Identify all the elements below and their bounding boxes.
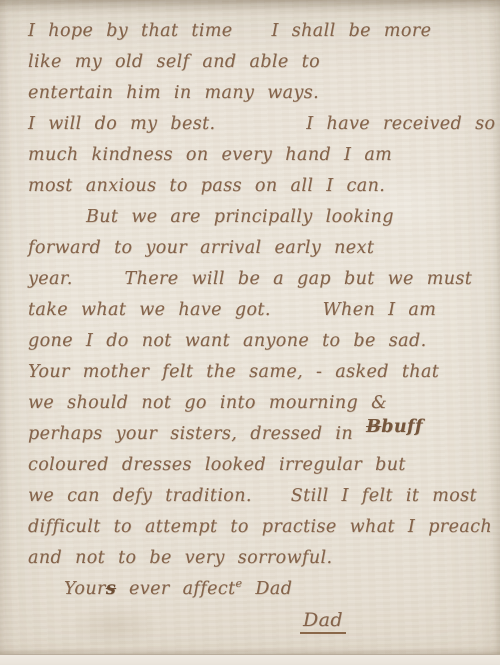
signature-line: Dad [300,605,488,636]
handwritten-text: I hope by that time I shall be more [28,21,431,41]
handwritten-text: But we are principally looking [86,207,394,227]
letter-line: But we are principally looking [28,202,488,233]
letter-line: like my old self and able to [28,47,488,78]
letter-body: I hope by that time I shall be morelike … [28,16,488,636]
handwritten-text: and not to be very sorrowful. [28,548,332,568]
handwritten-text: Dad [242,579,292,599]
letter-line: take what we have got. When I am [28,295,488,326]
letter-line: year. There will be a gap but we must [28,264,488,295]
handwritten-text: Your [64,579,106,599]
handwritten-text: gone I do not want anyone to be sad. [28,331,427,351]
letter-line: Your mother felt the same, - asked that [28,357,488,388]
handwritten-text: I will do my best. I have received so [28,114,495,134]
paper-stain [70,603,160,649]
letter-line: difficult to attempt to practise what I … [28,512,488,543]
letter-line: I hope by that time I shall be more [28,16,488,47]
handwritten-text: difficult to attempt to practise what I … [28,517,492,537]
letter-line: much kindness on every hand I am [28,140,488,171]
letter-line: gone I do not want anyone to be sad. [28,326,488,357]
handwritten-text: perhaps your sisters, dressed in [28,424,366,444]
handwritten-text: we can defy tradition. Still I felt it m… [28,486,477,506]
struck-text: s [106,579,116,599]
letter-line: entertain him in many ways. [28,78,488,109]
handwritten-text: forward to your arrival early next [28,238,374,258]
letter-page: I hope by that time I shall be morelike … [0,0,500,665]
handwritten-text: coloured dresses looked irregular but [28,455,406,475]
handwritten-text: like my old self and able to [28,52,320,72]
paper-bottom-edge [0,654,500,665]
handwritten-text: most anxious to pass on all I can. [28,176,385,196]
letter-line: perhaps your sisters, dressed in Bbuff [28,419,488,450]
handwritten-text: Your mother felt the same, - asked that [28,362,439,382]
handwritten-text: much kindness on every hand I am [28,145,392,165]
letter-line: forward to your arrival early next [28,233,488,264]
letter-line: coloured dresses looked irregular but [28,450,488,481]
handwritten-text: entertain him in many ways. [28,83,319,103]
handwritten-text: ever affect [116,579,235,599]
letter-line: and not to be very sorrowful. [28,543,488,574]
letter-line: Yours ever affecte Dad [28,574,488,605]
letter-line: I will do my best. I have received so [28,109,488,140]
handwritten-text: take what we have got. When I am [28,300,436,320]
letter-line: most anxious to pass on all I can. [28,171,488,202]
struck-text: B [366,412,381,443]
handwritten-text: year. There will be a gap but we must [28,269,472,289]
signature-text: Dad [300,609,346,634]
handwritten-text: we should not go into mourning & [28,393,387,413]
letter-line: we can defy tradition. Still I felt it m… [28,481,488,512]
handwritten-text: buff [381,412,423,443]
